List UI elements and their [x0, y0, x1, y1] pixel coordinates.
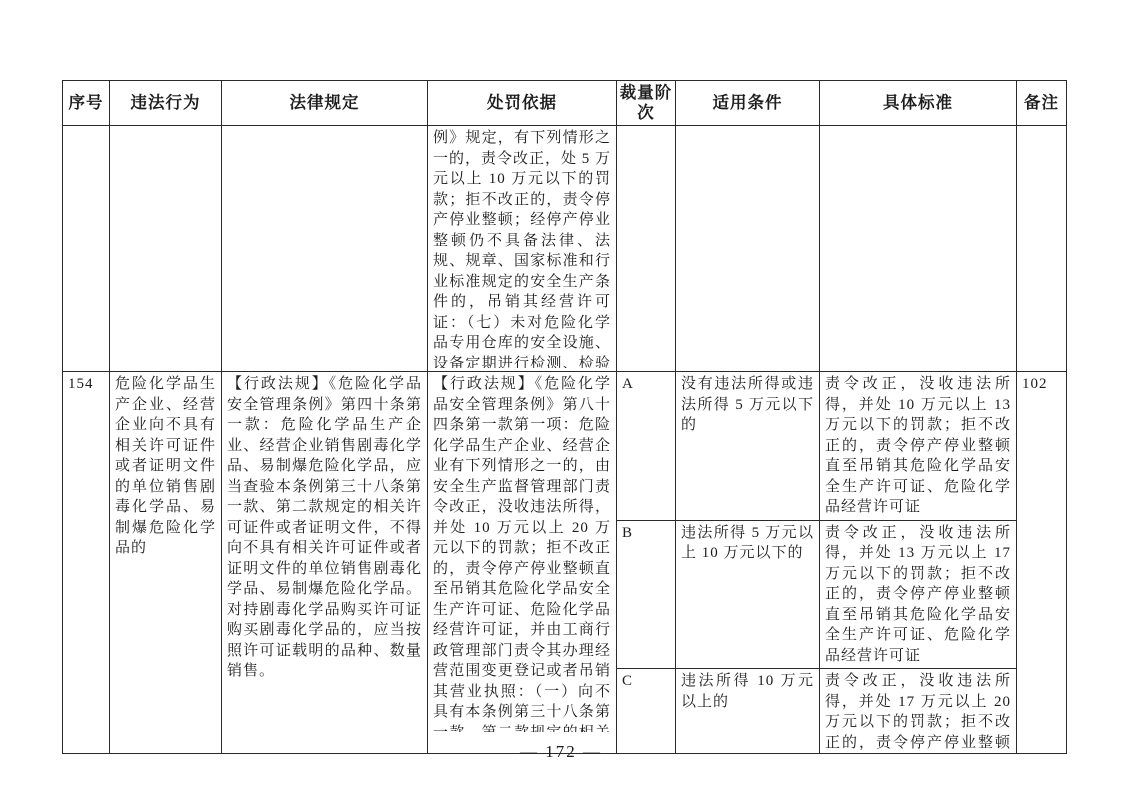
cell-154-serial: 154: [63, 372, 110, 754]
penalty-basis-154-text: 【行政法规】《危险化学品安全管理条例》第八十四条第一款第一项：危险化学品生产企业…: [433, 374, 611, 732]
cell-154-tier-a-standard: 责令改正，没收违法所得，并处 10 万元以上 13 万元以下的罚款；拒不改正的，…: [820, 372, 1017, 521]
cell-154-tier-b-level: B: [617, 520, 676, 669]
cell-cont-violation: [110, 126, 222, 372]
cell-cont-legal-provision: [222, 126, 428, 372]
table-row-continuation: 例》规定，有下列情形之一的，责令改正，处 5 万元以上 10 万元以下的罚款；拒…: [63, 126, 1067, 372]
cont-penalty-basis-text: 例》规定，有下列情形之一的，责令改正，处 5 万元以上 10 万元以下的罚款；拒…: [433, 128, 611, 368]
penalty-discretion-table: 序号 违法行为 法律规定 处罚依据 裁量阶次 适用条件 具体标准 备注 例》规定…: [62, 80, 1067, 754]
cell-154-tier-a-condition: 没有违法所得或违法所得 5 万元以下的: [676, 372, 820, 521]
col-header-applicable-condition: 适用条件: [676, 81, 820, 126]
cell-cont-standard: [820, 126, 1017, 372]
col-header-violation: 违法行为: [110, 81, 222, 126]
cell-154-tier-b-standard: 责令改正，没收违法所得，并处 13 万元以上 17 万元以下的罚款；拒不改正的，…: [820, 520, 1017, 669]
document-page: 序号 违法行为 法律规定 处罚依据 裁量阶次 适用条件 具体标准 备注 例》规定…: [0, 0, 1122, 793]
cell-cont-condition: [676, 126, 820, 372]
table-row-154-tier-a: 154 危险化学品生产企业、经营企业向不具有相关许可证件或者证明文件的单位销售剧…: [63, 372, 1067, 521]
cell-154-tier-a-level: A: [617, 372, 676, 521]
cell-154-violation: 危险化学品生产企业、经营企业向不具有相关许可证件或者证明文件的单位销售剧毒化学品…: [110, 372, 222, 754]
cell-cont-tier: [617, 126, 676, 372]
col-header-discretion-tier: 裁量阶次: [617, 81, 676, 126]
tier-c-standard-text: 责令改正，没收违法所得，并处 17 万元以上 20 万元以下的罚款；拒不改正的，…: [825, 671, 1011, 750]
page-number: — 172 —: [0, 742, 1122, 762]
col-header-remark: 备注: [1017, 81, 1067, 126]
cell-154-penalty-basis: 【行政法规】《危险化学品安全管理条例》第八十四条第一款第一项：危险化学品生产企业…: [428, 372, 617, 754]
cell-154-tier-b-condition: 违法所得 5 万元以上 10 万元以下的: [676, 520, 820, 669]
cell-154-remark: 102: [1017, 372, 1067, 754]
cell-cont-serial: [63, 126, 110, 372]
table-header-row: 序号 违法行为 法律规定 处罚依据 裁量阶次 适用条件 具体标准 备注: [63, 81, 1067, 126]
cell-cont-remark: [1017, 126, 1067, 372]
col-header-serial: 序号: [63, 81, 110, 126]
cell-154-tier-c-level: C: [617, 669, 676, 754]
cell-cont-penalty-basis: 例》规定，有下列情形之一的，责令改正，处 5 万元以上 10 万元以下的罚款；拒…: [428, 126, 617, 372]
col-header-penalty-basis: 处罚依据: [428, 81, 617, 126]
col-header-specific-standard: 具体标准: [820, 81, 1017, 126]
cell-154-tier-c-standard: 责令改正，没收违法所得，并处 17 万元以上 20 万元以下的罚款；拒不改正的，…: [820, 669, 1017, 754]
col-header-legal-provision: 法律规定: [222, 81, 428, 126]
cell-154-tier-c-condition: 违法所得 10 万元以上的: [676, 669, 820, 754]
cell-154-legal-provision: 【行政法规】《危险化学品安全管理条例》第四十条第一款：危险化学品生产企业、经营企…: [222, 372, 428, 754]
